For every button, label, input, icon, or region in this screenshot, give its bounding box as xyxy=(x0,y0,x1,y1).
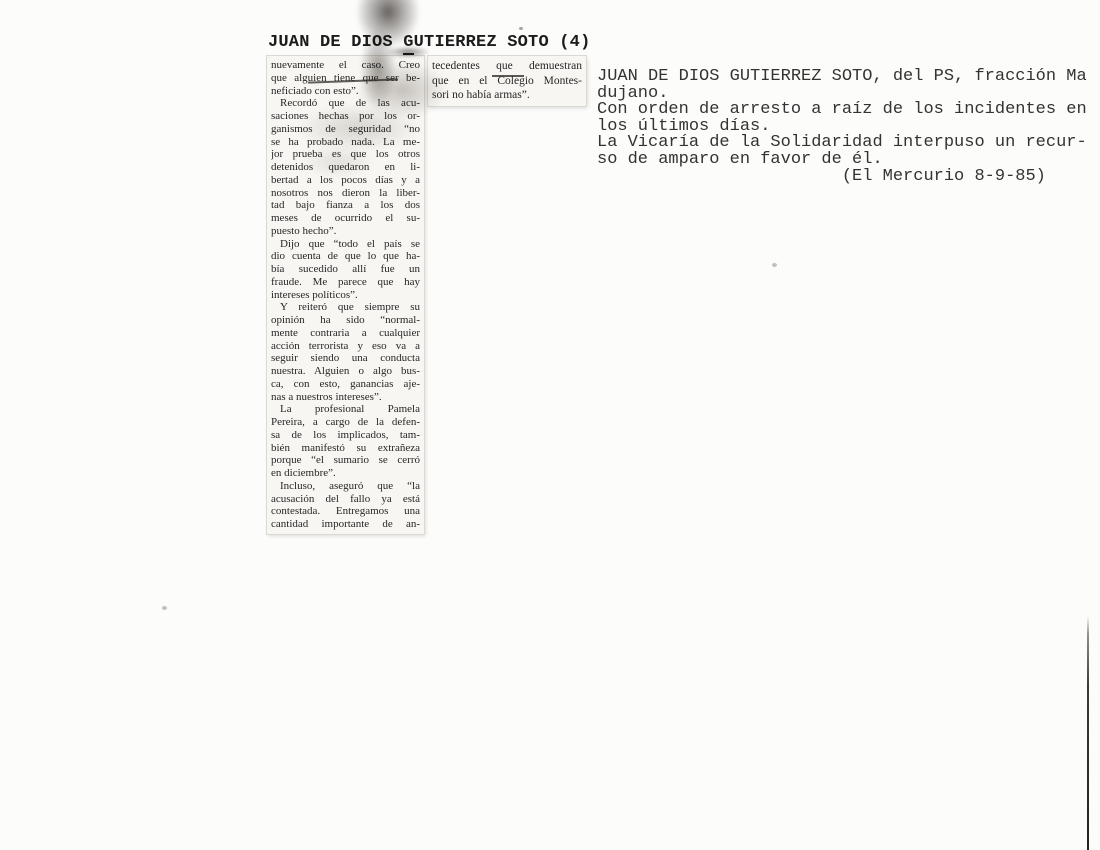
text-line: porque “el sumario se cerró xyxy=(271,454,420,467)
text-line: se ha probado nada. La me- xyxy=(271,136,420,149)
text-line: ganismos de seguridad “no xyxy=(271,123,420,136)
scan-speck xyxy=(772,263,777,267)
scan-speck xyxy=(162,606,167,610)
text-line: nosotros nos dieron la liber- xyxy=(271,187,420,200)
heading-pre: JUAN DE DIOS xyxy=(268,33,403,52)
text-line: JUAN DE DIOS GUTIERREZ SOTO, del PS, fra… xyxy=(597,69,1087,86)
text-line: seguir siendo una conducta xyxy=(271,352,420,365)
newspaper-clipping-right-column: tecedentes que demuestranque en el Coleg… xyxy=(428,56,586,106)
text-line: intereses políticos”. xyxy=(271,289,420,302)
text-line: acción terrorista y eso va a xyxy=(271,340,420,353)
typewritten-summary-note: JUAN DE DIOS GUTIERREZ SOTO, del PS, fra… xyxy=(597,69,1087,185)
text-line: bía sucedido allí fue un xyxy=(271,263,420,276)
text-line: en diciembre”. xyxy=(271,467,420,480)
text-line: opinión ha sido “normal- xyxy=(271,314,420,327)
text-line: puesto hecho”. xyxy=(271,225,420,238)
text-line: nas a nuestros intereses”. xyxy=(271,391,420,404)
text-line: nuestra. Alguien o algo bus- xyxy=(271,365,420,378)
text-line: jor prueba es que los otros xyxy=(271,148,420,161)
text-line: neficiado con esto”. xyxy=(271,85,420,98)
text-line: detenidos quedaron en li- xyxy=(271,161,420,174)
text-line: sa de los implicados, tam- xyxy=(271,429,420,442)
text-line: mente contraria a cualquier xyxy=(271,327,420,340)
text-line: nuevamente el caso. Creo xyxy=(271,59,420,72)
text-line: Incluso, aseguró que “la xyxy=(271,480,420,493)
text-line: contestada. Entregamos una xyxy=(271,505,420,518)
text-line: Pereira, a cargo de la defen- xyxy=(271,416,420,429)
newspaper-clipping-left-column: nuevamente el caso. Creoque alguien tien… xyxy=(267,56,424,534)
text-line: Recordó que de las acu- xyxy=(271,97,420,110)
text-line: bién manifestó su extrañeza xyxy=(271,442,420,455)
text-line: ca, con esto, ganancias aje- xyxy=(271,378,420,391)
text-line: que en el Colegio Montes- xyxy=(432,74,582,89)
scan-speck xyxy=(519,27,523,30)
text-line: sori no había armas”. xyxy=(432,88,582,103)
heading-post: UTIERREZ SOTO (4) xyxy=(414,33,591,52)
text-line: La profesional Pamela xyxy=(271,403,420,416)
text-line: que alguien tiene que ser be- xyxy=(271,72,420,85)
text-line: (El Mercurio 8-9-85) xyxy=(597,169,1087,186)
text-line: tecedentes que demuestran xyxy=(432,59,582,74)
scanned-document-page: JUAN DE DIOS GUTIERREZ SOTO (4) nuevamen… xyxy=(0,0,1100,850)
text-line: Dijo que “todo el país se xyxy=(271,238,420,251)
scan-edge-line-artifact xyxy=(1087,616,1089,850)
text-line: bertad a los pocos días y a xyxy=(271,174,420,187)
text-line: saciones hechas por los or- xyxy=(271,110,420,123)
text-line: cantidad importante de an- xyxy=(271,518,420,531)
text-line: meses de ocurrido el su- xyxy=(271,212,420,225)
text-line: dio cuenta de que lo que ha- xyxy=(271,250,420,263)
text-line: tad bajo fianza a los dos xyxy=(271,199,420,212)
text-line: fraude. Me parece que hay xyxy=(271,276,420,289)
document-heading: JUAN DE DIOS GUTIERREZ SOTO (4) xyxy=(268,33,590,53)
text-line: acusación del fallo ya está xyxy=(271,493,420,506)
text-line: Y reiteró que siempre su xyxy=(271,301,420,314)
heading-underlined-letter: G xyxy=(403,33,413,55)
